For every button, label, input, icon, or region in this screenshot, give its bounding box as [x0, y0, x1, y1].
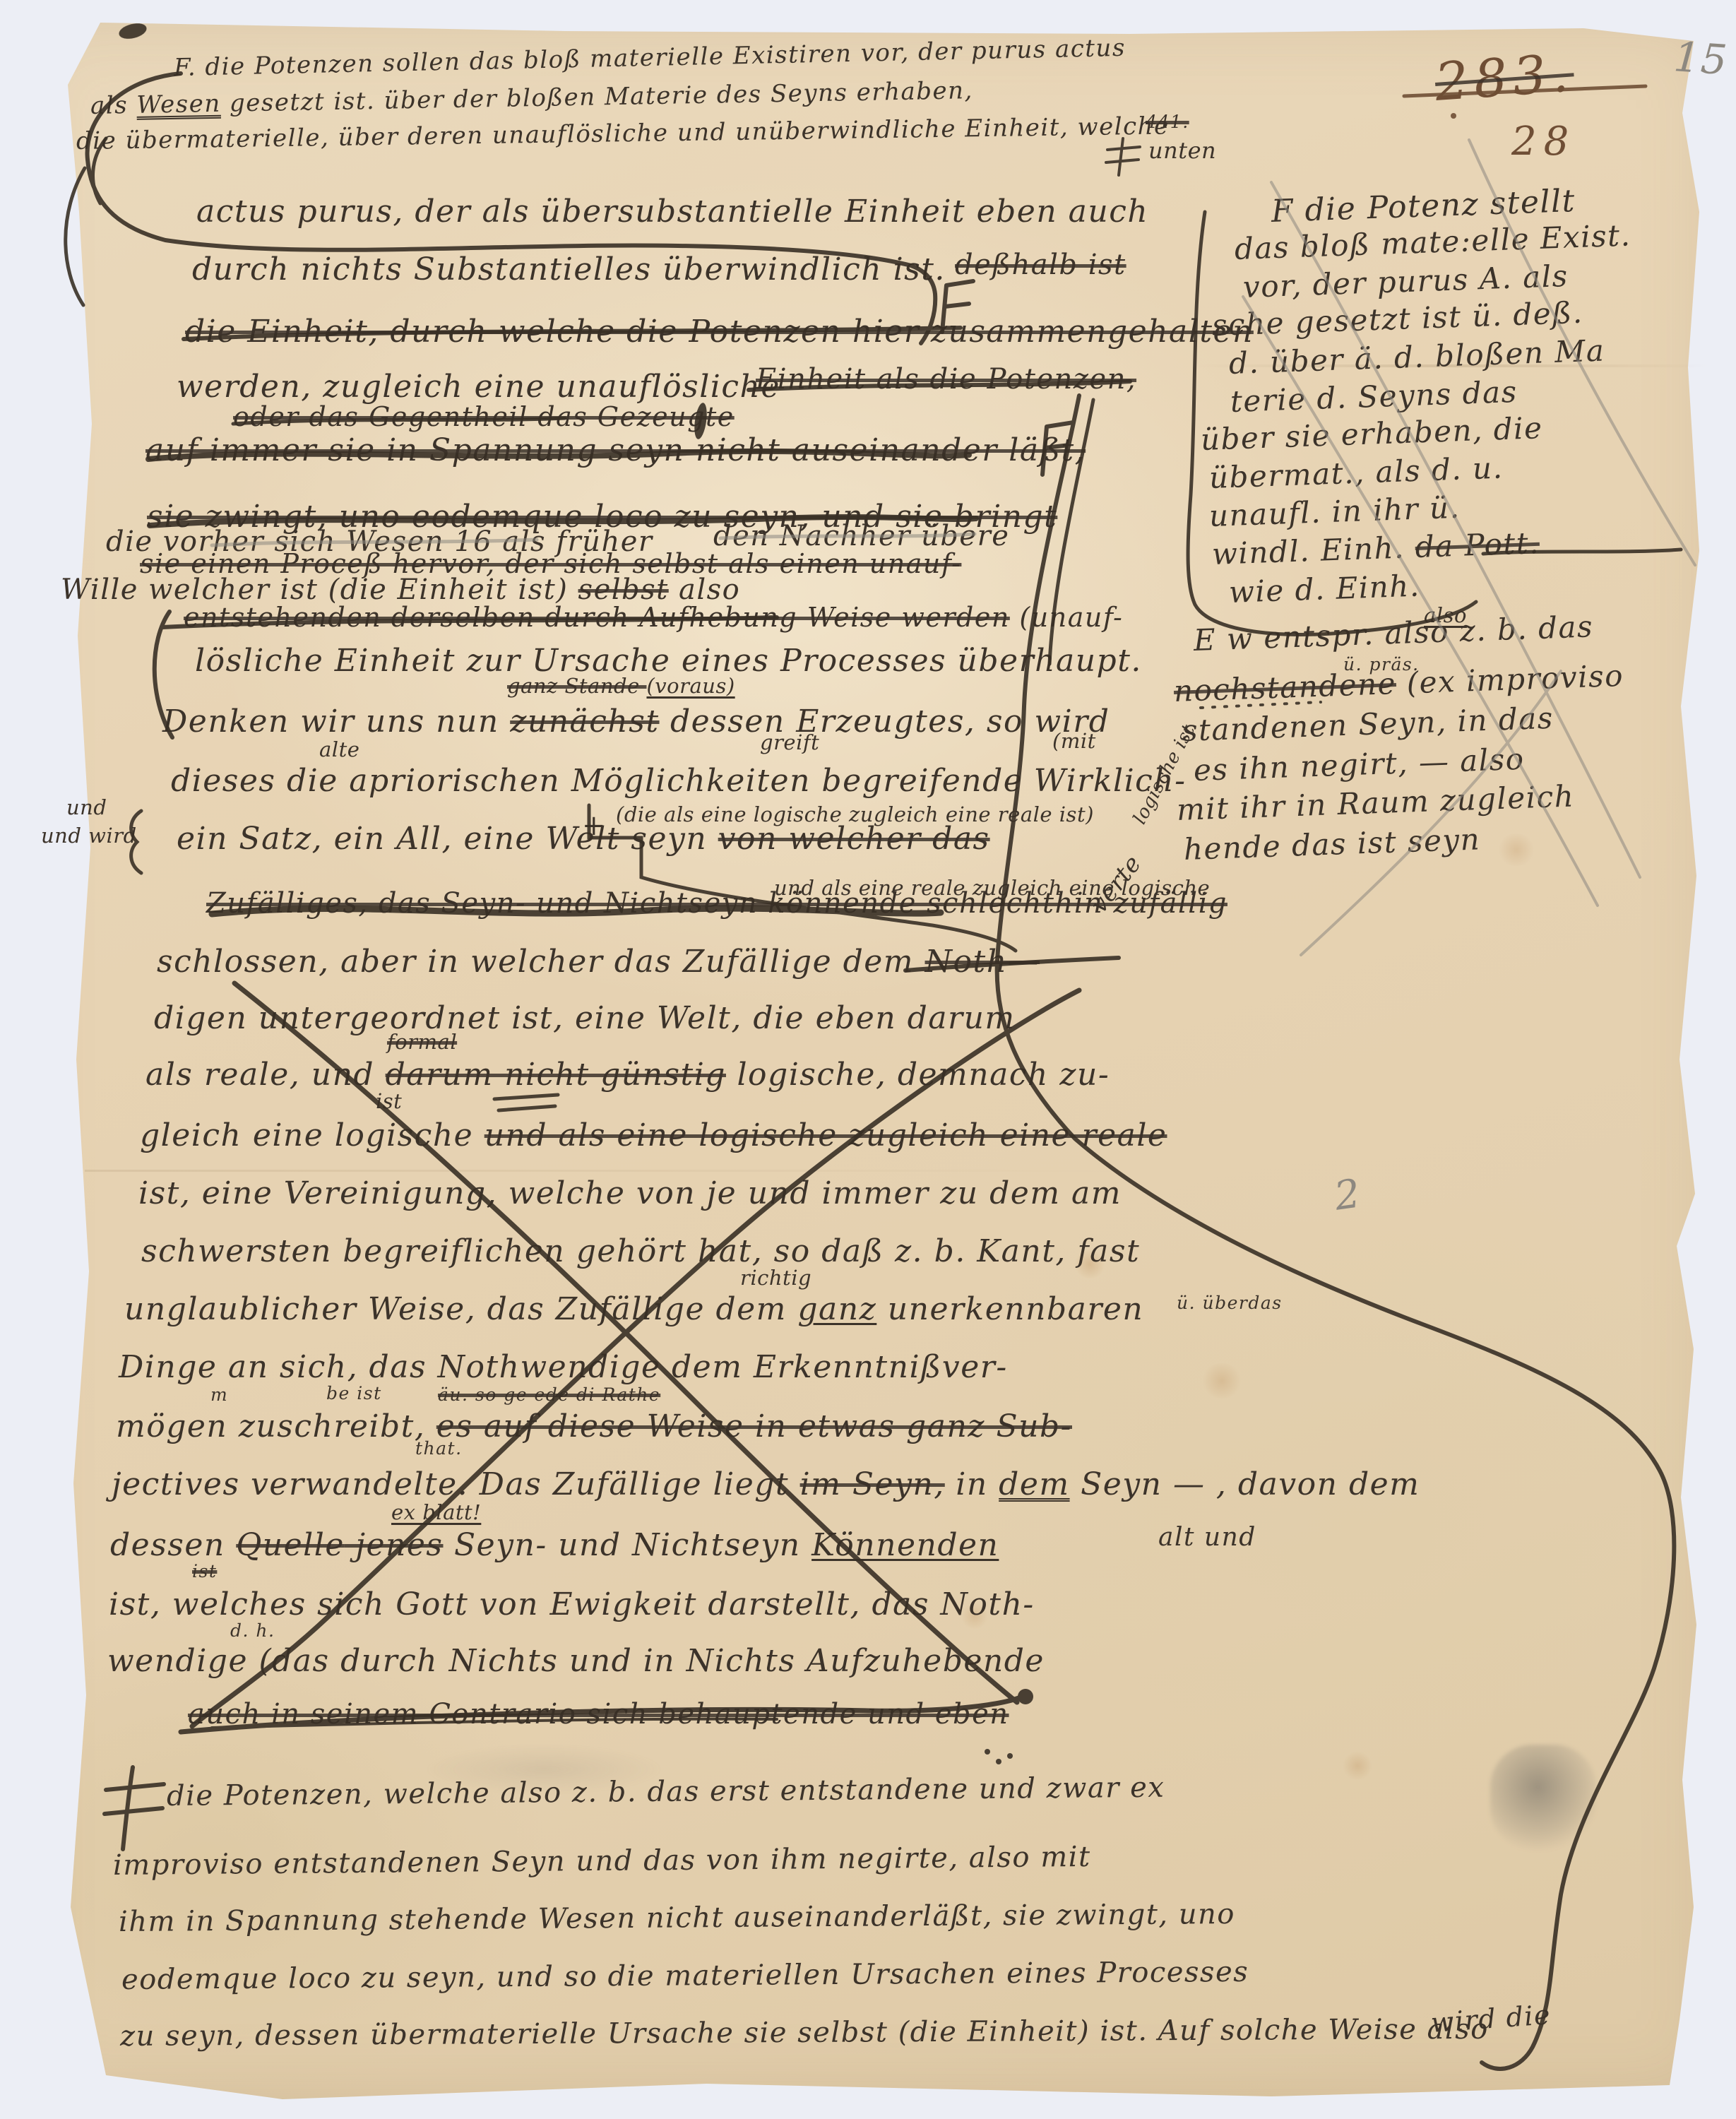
interlinear-insert: that.	[415, 1438, 463, 1459]
main-line: als reale, und darum nicht günstig logis…	[145, 1057, 1110, 1093]
main-line: ist, eine Vereinigung, welche von je und…	[138, 1175, 1122, 1211]
main-text: mögen zuschreibt,	[116, 1408, 436, 1444]
struck-phrase: entstehenden derselben durch Aufhebung W…	[184, 602, 1010, 633]
main-line-struck: auf immer sie in Spannung seyn nicht aus…	[145, 432, 1086, 468]
main-text: unglaublicher Weise, das Zufällige dem	[124, 1291, 797, 1327]
struck-phrase: deßhalb ist	[955, 249, 1126, 281]
margin-word: und wird	[41, 824, 137, 848]
manuscript-scan: 283. 28 15 2 F. die Potenzen sollen das …	[0, 0, 1736, 2119]
struck-word: jenes	[345, 1527, 444, 1563]
main-text: dessen Erzeugtes, so wird	[660, 704, 1110, 740]
header-text: als	[90, 91, 137, 120]
struck-word: zunächst	[510, 704, 659, 740]
main-text: Seyn- und Nichtseyn	[444, 1527, 812, 1563]
main-text: dessen	[110, 1527, 236, 1563]
interlinear-insert: ex blatt!	[391, 1500, 481, 1524]
interlinear-insert: be ist	[326, 1383, 382, 1403]
main-text: durch nichts Substantielles überwindlich…	[192, 251, 946, 287]
margin-word: und	[66, 795, 107, 819]
struck-insert: formal	[387, 1030, 457, 1054]
struck-phrase: es auf diese Weise in etwas ganz Sub-	[436, 1408, 1072, 1444]
interlinear-insert: alte	[319, 737, 359, 761]
main-line-struck: die Einheit, durch welche die Potenzen h…	[185, 314, 1254, 350]
interlinear-insert: greift	[760, 730, 819, 754]
underlined-word: ganz	[797, 1291, 876, 1327]
main-line: werden, zugleich eine unauflösliche	[177, 369, 780, 405]
interlinear-insert: m	[210, 1384, 228, 1405]
main-line: Dinge an sich, das Nothwendige dem Erken…	[119, 1349, 1008, 1385]
main-text: Denken wir uns nun	[162, 704, 510, 740]
old-folio-number: 283.	[1433, 42, 1576, 113]
main-line: ist, welches sich Gott von Ewigkeit dars…	[109, 1586, 1035, 1622]
main-line: dieses die apriorischen Möglichkeiten be…	[171, 763, 1186, 799]
insert-text: (voraus)	[646, 674, 735, 698]
main-line: Denken wir uns nun zunächst dessen Erzeu…	[162, 704, 1110, 740]
underlined-word: Wesen	[136, 90, 221, 119]
main-text: als reale, und	[145, 1057, 386, 1093]
main-line: unglaublicher Weise, das Zufällige dem g…	[124, 1291, 1143, 1327]
margin-insert: ü. überdas	[1177, 1293, 1283, 1313]
margin-note-line: wie d. Einh.	[1228, 569, 1420, 610]
underlined-word: dem	[999, 1466, 1069, 1502]
struck-phrase: im Seyn,	[800, 1466, 945, 1502]
main-text: (unauf-	[1010, 602, 1124, 633]
main-line: wendige (das durch Nichts und in Nichts …	[107, 1643, 1045, 1679]
main-line: digen untergeordnet ist, eine Welt, die …	[154, 1000, 1016, 1036]
main-line: entstehenden derselben durch Aufhebung W…	[184, 602, 1123, 633]
interlinear-insert: ist	[376, 1089, 402, 1113]
struck-word: da Pott.	[1415, 526, 1540, 564]
struck-phrase: und als eine logische zugleich eine real…	[484, 1117, 1167, 1153]
main-line: actus purus, der als übersubstantielle E…	[196, 194, 1148, 230]
interlinear-insert: (mit	[1052, 729, 1096, 753]
main-line: schwersten begreiflichen gehört hat, so …	[141, 1233, 1140, 1269]
main-line: mögen zuschreibt, es auf diese Weise in …	[116, 1408, 1072, 1444]
main-line: durch nichts Substantielles überwindlich…	[192, 251, 946, 287]
main-line: jectives verwandelte. Das Zufällige lieg…	[112, 1466, 1420, 1502]
interlinear-insert: d. h.	[230, 1620, 275, 1641]
main-text: unerkennbaren	[876, 1291, 1143, 1327]
main-line-struck: auch in seinem Contrario sich behauptend…	[188, 1698, 1009, 1731]
main-text: ein Satz, ein All, eine Welt seyn	[177, 821, 718, 857]
struck-insert: ist	[192, 1561, 217, 1581]
struck-word: Quelle	[236, 1527, 345, 1563]
main-line: schlossen, aber in welcher das Zufällige…	[157, 944, 1040, 980]
struck-insert: äu. so ge ede di Rathe	[438, 1384, 660, 1405]
header-number-note: 441.	[1146, 112, 1189, 132]
main-line: ein Satz, ein All, eine Welt seyn von we…	[177, 821, 990, 857]
header-insertion-word: unten	[1148, 137, 1216, 164]
main-text: in	[945, 1466, 999, 1502]
main-text: schlossen, aber in welcher das Zufällige…	[157, 944, 925, 980]
main-line-struck: Zufälliges, das Seyn- und Nichtseyn könn…	[206, 887, 1227, 920]
note-text: windl. Einh.	[1211, 530, 1415, 571]
main-text: jectives verwandelte. Das Zufällige lieg…	[112, 1466, 800, 1502]
struck-phrase: von welcher das	[718, 821, 990, 857]
struck-word: Noth—	[925, 944, 1040, 980]
struck-insert-line: oder das Gegentheil das Gezeugte	[233, 401, 735, 432]
margin-addition: alt und	[1158, 1523, 1256, 1552]
struck-phrase: darum nicht günstig	[386, 1057, 726, 1093]
interlinear-insert: richtig	[740, 1266, 811, 1290]
main-text: logische, demnach zu-	[726, 1057, 1110, 1093]
struck-phrase: Einheit als die Potenzen,	[756, 363, 1136, 396]
underlined-word: Könnenden	[811, 1527, 999, 1563]
folio-number: 28	[1511, 119, 1576, 165]
struck-word: ganz Stande	[507, 674, 646, 698]
interlinear-insert: ganz Stande (voraus)	[507, 674, 735, 698]
main-line: gleich eine logische und als eine logisc…	[140, 1117, 1167, 1153]
main-text: Seyn — , davon dem	[1070, 1466, 1420, 1502]
pencil-page-number: 15	[1672, 32, 1730, 84]
main-text: gleich eine logische	[140, 1117, 484, 1153]
main-line: dessen Quelle jenes Seyn- und Nichtseyn …	[110, 1527, 999, 1563]
